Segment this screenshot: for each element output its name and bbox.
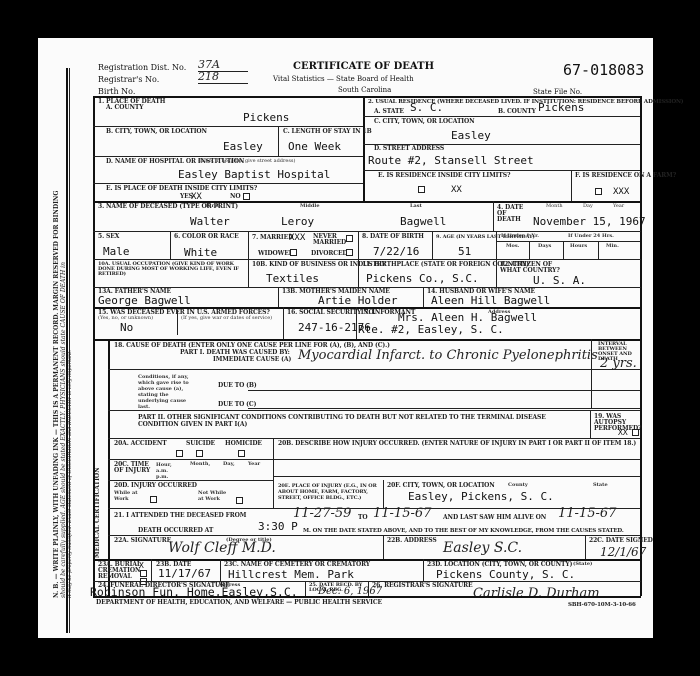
- accident-label: 20a. ACCIDENT: [114, 441, 167, 447]
- death-county: Pickens: [243, 112, 289, 124]
- citizen-label: 12. CITIZEN OF WHAT COUNTRY?: [500, 262, 570, 274]
- burial-label: 23a. BURIAL CREMATION REMOVAL: [98, 562, 144, 580]
- month-label: Month: [546, 204, 563, 209]
- not-at-work-checkbox: [236, 497, 243, 504]
- rule: [496, 259, 497, 287]
- frame-right: [640, 96, 642, 596]
- rule: [585, 535, 586, 559]
- farm-label: f. IS RESIDENCE ON A FARM?: [575, 173, 676, 179]
- margin-instruction-1: N. B. — WRITE PLAINLY, WITH UNFADING INK…: [53, 190, 60, 598]
- rule: [363, 170, 640, 171]
- length-of-stay-label: c. LENGTH OF STAY IN 1b: [283, 129, 372, 135]
- date-of-birth: 7/22/16: [373, 246, 419, 258]
- birth-no-label: Birth No.: [98, 87, 135, 96]
- margin-instruction-3: it may be properly classified. Exact sta…: [67, 350, 73, 598]
- rule: [358, 259, 359, 287]
- injury-county-label: County: [508, 483, 528, 488]
- res-city: Easley: [451, 130, 491, 142]
- first-label: First: [206, 204, 219, 209]
- never-married-checkbox: [346, 235, 353, 242]
- immediate-cause: Myocardial Infarct. to Chronic Pyeloneph…: [298, 348, 598, 363]
- rule: [177, 310, 178, 335]
- rule: [93, 339, 641, 341]
- last-saw-label: and last saw him alive on: [443, 515, 546, 521]
- rule: [598, 241, 599, 259]
- dob-label: 8. DATE OF BIRTH: [362, 234, 424, 240]
- rule: [432, 231, 433, 259]
- death-occurred-label: Death occurred at: [138, 528, 213, 534]
- homicide-label: HOMICIDE: [225, 441, 262, 447]
- father-name: George Bagwell: [98, 295, 191, 307]
- homicide-checkbox: [238, 450, 245, 457]
- death-city-label: b. CITY, TOWN, OR LOCATION: [106, 129, 207, 135]
- medical-section-rule: [108, 339, 110, 596]
- rule: [529, 241, 530, 259]
- autopsy-no-checkbox: [632, 429, 639, 436]
- rule: [383, 535, 384, 559]
- frame-top: [93, 96, 641, 98]
- day-label: Day: [583, 204, 593, 209]
- hour-label: Hour, a.m. p.m.: [156, 462, 180, 480]
- column-divider: [363, 96, 365, 201]
- attended-to: 11-15-67: [373, 506, 431, 521]
- county-label: a. COUNTY: [106, 105, 143, 111]
- state-name: South Carolina: [338, 86, 391, 94]
- rule: [493, 201, 494, 231]
- registrar-signature-label: 26. REGISTRAR'S SIGNATURE: [372, 583, 473, 589]
- state-file-label: State File No.: [533, 88, 582, 96]
- cemetery-name: Hillcrest Mem. Park: [228, 569, 354, 581]
- rule: [283, 307, 284, 339]
- department-footer: DEPARTMENT OF HEALTH, EDUCATION, AND WEL…: [96, 600, 382, 606]
- sex-label: 5. SEX: [98, 234, 119, 240]
- margin-instruction-2: should be carefully supplied. AGE should…: [60, 262, 67, 598]
- res-state: S. C.: [410, 102, 443, 114]
- rule: [108, 410, 640, 411]
- under-1-yr-label: If Under 1 Yr.: [501, 234, 539, 239]
- rule: [93, 596, 641, 598]
- rule: [496, 241, 640, 242]
- conditions-label: Conditions, if any, which gave rise to a…: [138, 374, 198, 410]
- rule: [93, 183, 363, 184]
- rule: [93, 259, 641, 260]
- attended-from: 11-27-59: [293, 506, 351, 521]
- to-label: to: [358, 515, 368, 521]
- while-at-work-label: While at Work: [114, 490, 142, 502]
- date-signed-label: 22c. DATE SIGNED: [589, 538, 653, 544]
- middle-label: Middle: [300, 204, 320, 209]
- under-24-hrs-label: If Under 24 Hrs.: [568, 234, 614, 239]
- suicide-checkbox: [196, 450, 203, 457]
- farm-yes-checkbox: [595, 188, 602, 195]
- burial-state-label: (State): [573, 562, 592, 567]
- divorced-label: DIVORCED: [311, 251, 348, 257]
- burial-location: Pickens County, S. C.: [436, 569, 575, 581]
- hospital-note: (If not in hospital, give street address…: [198, 159, 295, 164]
- rule: [170, 231, 171, 259]
- length-of-stay: One Week: [288, 141, 341, 153]
- spouse-name: Aleen Hill Bagwell: [431, 295, 550, 307]
- inside-city-label: e. IS PLACE OF DEATH INSIDE CITY LIMITS?: [106, 186, 257, 192]
- rule: [383, 480, 384, 508]
- rule: [278, 126, 279, 156]
- rule: [108, 438, 640, 439]
- occupation-label: 10a. USUAL OCCUPATION (Give kind of work…: [98, 262, 248, 277]
- res-county-label: b. COUNTY: [498, 109, 536, 115]
- married-mark: XXX: [289, 232, 305, 244]
- rule: [248, 390, 640, 391]
- form-code: SBH-670-10M-3-10-66: [568, 602, 636, 608]
- while-at-work-checkbox: [150, 496, 157, 503]
- frame-left: [93, 96, 95, 596]
- date-of-death: November 15, 1967: [533, 216, 646, 228]
- street-label: d. STREET ADDRESS: [374, 146, 444, 152]
- signature-label: 22a. SIGNATURE: [114, 538, 171, 544]
- armed-forces: No: [120, 322, 133, 334]
- citizenship: U. S. A.: [533, 275, 586, 287]
- divorced-checkbox: [346, 249, 353, 256]
- rule: [93, 231, 641, 232]
- mos-label: Mos.: [506, 244, 519, 249]
- res-state-label: a. STATE: [374, 109, 404, 115]
- medical-certification-label: MEDICAL CERTIFICATION: [94, 467, 101, 558]
- birthplace: Pickens Co., S.C.: [366, 273, 479, 285]
- rule: [305, 581, 306, 596]
- rule: [496, 231, 497, 259]
- rule: [423, 559, 424, 581]
- res-inside-city-label: e. IS RESIDENCE INSIDE CITY LIMITS?: [378, 173, 510, 179]
- race-label: 6. COLOR OR RACE: [174, 234, 239, 240]
- rule: [423, 287, 424, 307]
- suicide-label: SUICIDE: [186, 441, 215, 447]
- rule: [358, 231, 359, 259]
- death-occurred-tail: m. on the date stated above, and to the …: [303, 528, 624, 534]
- cremation-checkbox: [140, 570, 147, 577]
- registrar-no-value: 218: [198, 70, 248, 84]
- registration-dist-label: Registration Dist. No.: [98, 63, 186, 72]
- rule: [363, 116, 640, 117]
- informant-address: Rte. #2, Easley, S. C.: [358, 324, 504, 336]
- injury-day-label: Day,: [223, 462, 235, 467]
- armed-forces-war-note: (If yes, give war or dates of service): [181, 316, 272, 321]
- rule: [93, 156, 363, 157]
- rule: [571, 170, 572, 201]
- injury-year-label: Year: [248, 462, 260, 467]
- rule: [108, 369, 640, 370]
- days-label: Days: [538, 244, 551, 249]
- last-name: Bagwell: [400, 216, 446, 228]
- part-2-label: PART II. OTHER SIGNIFICANT CONDITIONS CO…: [138, 414, 578, 428]
- widowed-label: WIDOWED: [258, 251, 294, 257]
- last-label: Last: [410, 204, 422, 209]
- mother-maiden-name: Artie Holder: [318, 295, 397, 307]
- rule: [273, 476, 640, 477]
- date-signed: 12/1/67: [600, 545, 646, 559]
- rule: [108, 535, 640, 536]
- rule: [108, 459, 640, 460]
- date-of-death-label: 4. DATE OF DEATH: [497, 205, 527, 223]
- rule: [248, 231, 249, 259]
- rule: [220, 559, 221, 581]
- burial-date: 11/17/67: [158, 568, 211, 580]
- physician-address: Easley S.C.: [443, 540, 522, 556]
- middle-name: Leroy: [281, 216, 314, 228]
- never-married-label: NEVER MARRIED: [313, 234, 343, 246]
- due-to-b-label: DUE TO (b): [218, 383, 257, 389]
- time-of-injury-label: 20c. TIME OF INJURY: [114, 462, 154, 474]
- rule: [273, 438, 274, 508]
- rule: [563, 241, 564, 259]
- widowed-checkbox: [290, 249, 297, 256]
- death-city: Easley: [223, 141, 263, 153]
- res-inside-city-yes-checkbox: [418, 186, 425, 193]
- rule: [108, 480, 273, 481]
- no-label: NO: [230, 194, 241, 200]
- injury-state-label: State: [593, 483, 608, 488]
- death-time: 3:30 P: [258, 521, 298, 533]
- first-name: Walter: [190, 216, 230, 228]
- physician-signature: Wolf Cleff M.D.: [168, 540, 276, 556]
- rule: [356, 307, 357, 339]
- rule: [590, 410, 591, 438]
- min-label: Min.: [606, 244, 619, 249]
- hours-label: Hours: [570, 244, 587, 249]
- not-at-work-label: Not While at Work: [198, 490, 232, 502]
- kind-of-business: Textiles: [266, 273, 319, 285]
- immediate-cause-label: IMMEDIATE CAUSE (a): [213, 357, 291, 363]
- injury-occurred-label: 20d. INJURY OCCURRED: [114, 483, 197, 489]
- res-city-label: c. CITY, TOWN, OR LOCATION: [374, 119, 475, 125]
- married-label: 7. MARRIED: [252, 235, 293, 241]
- certificate-subtitle: Vital Statistics — State Board of Health: [273, 75, 414, 83]
- res-county: Pickens: [538, 102, 584, 114]
- injury-month-label: Month,: [190, 462, 210, 467]
- sex: Male: [103, 246, 130, 258]
- rule: [591, 339, 592, 409]
- hospital-name: Easley Baptist Hospital: [178, 169, 330, 181]
- injury-city: Easley, Pickens, S. C.: [408, 491, 554, 503]
- certificate-title: CERTIFICATE OF DEATH: [293, 61, 434, 72]
- describe-injury-label: 20b. DESCRIBE HOW INJURY OCCURRED. (Ente…: [278, 441, 636, 447]
- rule: [278, 287, 279, 307]
- death-certificate: N. B. — WRITE PLAINLY, WITH UNFADING INK…: [38, 38, 653, 638]
- injury-city-label: 20f. CITY, TOWN, OR LOCATION: [387, 483, 495, 489]
- place-of-injury-label: 20e. PLACE OF INJURY (e.g., in or about …: [278, 483, 383, 501]
- registrar-signature: Carlisle D. Durham: [473, 586, 600, 601]
- age: 51: [458, 246, 471, 258]
- race: White: [184, 247, 217, 259]
- registrar-no-label: Registrar's No.: [98, 75, 159, 84]
- res-inside-city-no-mark: XX: [451, 184, 462, 196]
- physician-address-label: 22b. ADDRESS: [387, 538, 437, 544]
- rule: [93, 126, 363, 127]
- rule: [248, 259, 249, 287]
- rule: [248, 408, 640, 409]
- year-label: Year: [613, 204, 624, 209]
- street-address: Route #2, Stansell Street: [368, 155, 534, 167]
- rule: [368, 581, 369, 596]
- attended-label: 21. I attended the deceased from: [114, 513, 246, 519]
- farm-no-mark: XXX: [613, 186, 629, 198]
- inside-city-no-checkbox: [243, 193, 250, 200]
- rule: [151, 559, 152, 581]
- last-saw-date: 11-15-67: [558, 506, 616, 521]
- state-file-number: 67-018083: [563, 61, 644, 79]
- accident-checkbox: [176, 450, 183, 457]
